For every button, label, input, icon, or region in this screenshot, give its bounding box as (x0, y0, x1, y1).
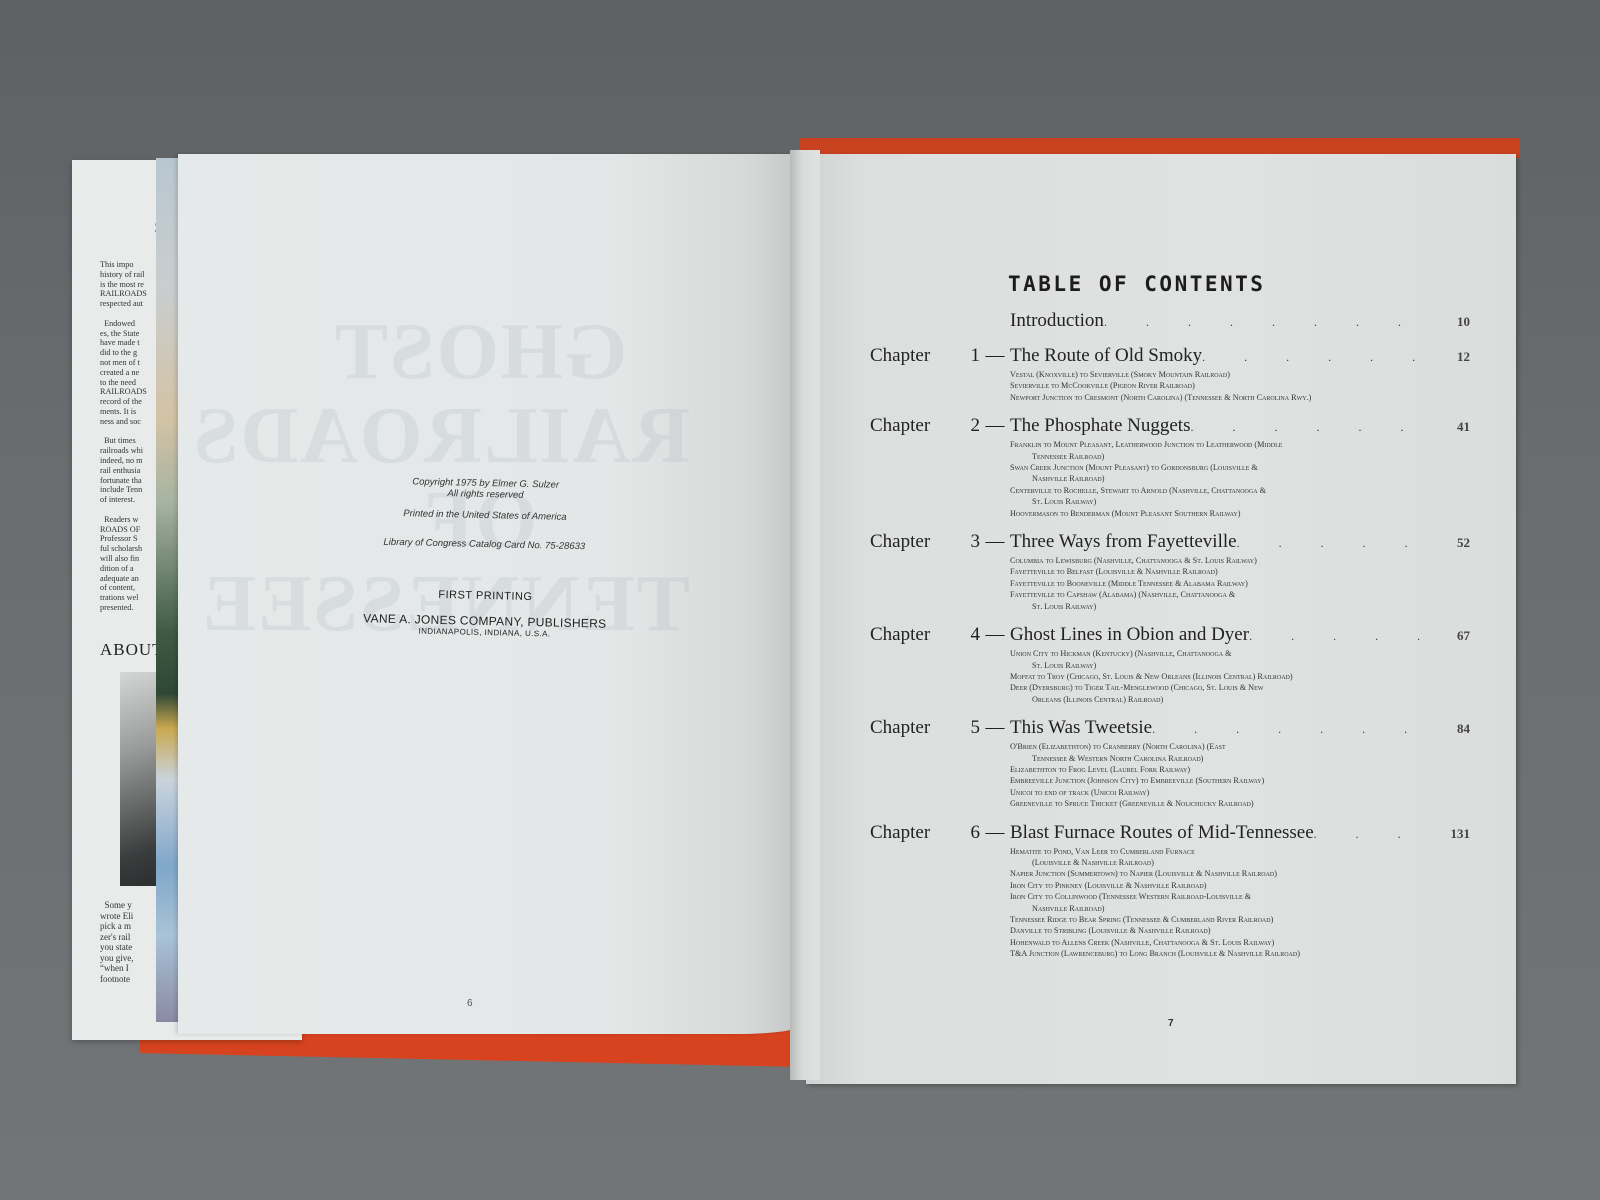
route-list: Columbia to Lewisburg (Nashville, Chatta… (1010, 555, 1470, 612)
route-item: Columbia to Lewisburg (Nashville, Chatta… (1010, 555, 1470, 566)
flap-about-heading: ABOUT (100, 640, 164, 660)
introduction-page: 10 (1430, 314, 1470, 330)
chapter-label: Chapter (870, 717, 958, 739)
em-dash: — (980, 822, 1010, 844)
chapter-page: 52 (1430, 535, 1470, 551)
route-item: Swan Creek Junction (Mount Pleasant) to … (1010, 462, 1470, 485)
dot-leader: . . . . . . . . . . . . . . (1202, 350, 1430, 365)
route-item: Hohenwald to Allens Creek (Nashville, Ch… (1010, 937, 1470, 948)
em-dash: — (980, 624, 1010, 646)
chapter-title: This Was Tweetsie (1010, 717, 1152, 739)
route-item: Napier Junction (Summertown) to Napier (… (1010, 868, 1470, 879)
route-item: Fayetteville to Capshaw (Alabama) (Nashv… (1010, 589, 1470, 612)
route-item: Fayetteville to Booneville (Middle Tenne… (1010, 578, 1470, 589)
dot-leader: . . . . . . . . . . . . . . . . (1104, 315, 1430, 330)
route-item: Iron City to Pinkney (Louisville & Nashv… (1010, 880, 1470, 891)
chapter-number: 3 (958, 531, 980, 553)
em-dash: — (980, 415, 1010, 437)
chapter-title: Three Ways from Fayetteville (1010, 531, 1237, 553)
route-list: Union City to Hickman (Kentucky) (Nashvi… (1010, 648, 1470, 705)
route-item: Hoovermason to Benderman (Mount Pleasant… (1010, 508, 1470, 519)
table-of-contents: Introduction . . . . . . . . . . . . . .… (870, 310, 1470, 960)
route-item: Danville to Stribling (Louisville & Nash… (1010, 925, 1470, 936)
route-item: Newport Junction to Cresmont (North Caro… (1010, 392, 1470, 403)
chapter-number: 4 (958, 624, 980, 646)
toc-entry-chapter-1: Chapter1—The Route of Old Smoky. . . . .… (870, 345, 1470, 403)
chapter-title: Blast Furnace Routes of Mid-Tennessee (1010, 822, 1314, 844)
chapter-page: 67 (1430, 628, 1470, 644)
toc-title: TABLE OF CONTENTS (1008, 272, 1265, 296)
toc-entry-chapter-6: Chapter6—Blast Furnace Routes of Mid-Ten… (870, 822, 1470, 960)
dot-leader: . . . . . . . . . . . . . . (1237, 536, 1430, 551)
route-list: Franklin to Mount Pleasant, Leatherwood … (1010, 439, 1470, 519)
route-item: Centerville to Rochelle, Stewart to Arno… (1010, 485, 1470, 508)
toc-entry-introduction: Introduction . . . . . . . . . . . . . .… (870, 310, 1470, 334)
route-item: Moffat to Troy (Chicago, St. Louis & New… (1010, 671, 1470, 682)
chapter-title: The Phosphate Nuggets (1010, 415, 1190, 437)
route-list: Hematite to Pond, Van Leer to Cumberland… (1010, 846, 1470, 960)
chapter-label: Chapter (870, 531, 958, 553)
route-item: Sevierville to McCookville (Pigeon River… (1010, 380, 1470, 391)
chapter-label: Chapter (870, 624, 958, 646)
route-item: T&A Junction (Lawrenceburg) to Long Bran… (1010, 948, 1470, 959)
route-item: Embreeville Junction (Johnson City) to E… (1010, 775, 1470, 786)
page-number-left: 6 (467, 998, 473, 1009)
chapter-title: The Route of Old Smoky (1010, 345, 1202, 367)
em-dash: — (980, 345, 1010, 367)
route-item: Vestal (Knoxville) to Sevierville (Smoky… (1010, 369, 1470, 380)
publisher-block: FIRST PRINTING VANE A. JONES COMPANY, PU… (355, 587, 616, 640)
chapter-number: 1 (958, 345, 980, 367)
toc-entry-chapter-5: Chapter5—This Was Tweetsie. . . . . . . … (870, 717, 1470, 809)
route-item: Hematite to Pond, Van Leer to Cumberland… (1010, 846, 1470, 869)
route-item: O'Brien (Elizabethton) to Cranberry (Nor… (1010, 741, 1470, 764)
route-item: Elizabethton to Frog Level (Laurel Fork … (1010, 764, 1470, 775)
route-list: O'Brien (Elizabethton) to Cranberry (Nor… (1010, 741, 1470, 809)
chapter-page: 131 (1430, 826, 1470, 842)
route-list: Vestal (Knoxville) to Sevierville (Smoky… (1010, 369, 1470, 403)
em-dash: — (980, 717, 1010, 739)
route-item: Tennessee Ridge to Bear Spring (Tennesse… (1010, 914, 1470, 925)
chapter-page: 41 (1430, 419, 1470, 435)
dot-leader: . . . . . . . . . . . . . . (1190, 420, 1430, 435)
book-gutter (790, 150, 820, 1080)
route-item: Greeneville to Spruce Thicket (Greenevil… (1010, 798, 1470, 809)
route-item: Franklin to Mount Pleasant, Leatherwood … (1010, 439, 1470, 462)
chapter-number: 6 (958, 822, 980, 844)
chapter-page: 84 (1430, 721, 1470, 737)
page-number-right: 7 (1168, 1018, 1174, 1029)
toc-entry-chapter-3: Chapter3—Three Ways from Fayetteville. .… (870, 531, 1470, 612)
chapter-title: Ghost Lines in Obion and Dyer (1010, 624, 1249, 646)
toc-entry-chapter-4: Chapter4—Ghost Lines in Obion and Dyer. … (870, 624, 1470, 705)
route-item: Fayetteville to Belfast (Louisville & Na… (1010, 566, 1470, 577)
chapter-label: Chapter (870, 822, 958, 844)
em-dash: — (980, 531, 1010, 553)
dot-leader: . . . . . . . . . . . . . . (1152, 722, 1430, 737)
introduction-title: Introduction (1010, 310, 1104, 332)
route-item: Unicoi to end of track (Unicoi Railway) (1010, 787, 1470, 798)
dot-leader: . . . . . . . . . . . . . . (1314, 827, 1430, 842)
chapter-label: Chapter (870, 415, 958, 437)
chapter-number: 2 (958, 415, 980, 437)
route-item: Union City to Hickman (Kentucky) (Nashvi… (1010, 648, 1470, 671)
route-item: Iron City to Collinwood (Tennessee Weste… (1010, 891, 1470, 914)
route-item: Deer (Dyersburg) to Tiger Tail-Menglewoo… (1010, 682, 1470, 705)
dot-leader: . . . . . . . . . . . . . . (1249, 629, 1430, 644)
chapter-number: 5 (958, 717, 980, 739)
chapter-page: 12 (1430, 349, 1470, 365)
chapter-label: Chapter (870, 345, 958, 367)
toc-entry-chapter-2: Chapter2—The Phosphate Nuggets. . . . . … (870, 415, 1470, 519)
copyright-block: Copyright 1975 by Elmer G. Sulzer All ri… (354, 475, 616, 553)
